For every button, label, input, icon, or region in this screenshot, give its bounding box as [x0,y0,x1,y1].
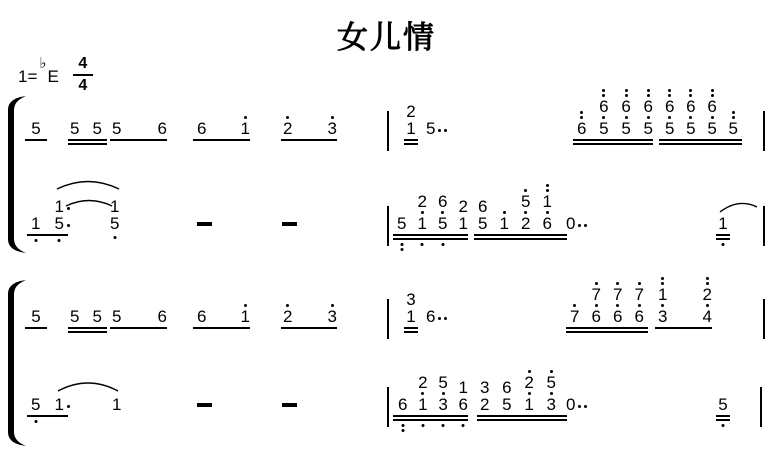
note-number: 1 [55,396,64,413]
beam-line [716,234,730,236]
dash-rest [197,222,212,226]
barline [387,206,389,246]
chord: 65 [707,88,716,137]
note-number: 1 [31,215,40,232]
note-group: 1 [112,396,121,413]
meter-numerator: 4 [78,56,87,72]
key-prefix: 1= [18,68,37,85]
note-number: 5 [110,215,119,232]
beam-line [716,419,730,421]
chord: 65 [644,88,653,137]
note-number: 5 [665,120,674,137]
note-number: 3 [328,308,337,325]
note: 5 [31,396,40,413]
chord: 65 [686,88,695,137]
note: 1 [500,210,509,232]
barline [763,111,765,151]
beam-line [68,331,107,333]
note-number: 1 [112,396,121,413]
below-octave-dots [462,424,465,427]
note: 6 [398,396,407,413]
note: 2 [283,115,292,137]
note: 6 [197,308,206,325]
note-group: 15 [110,198,119,232]
note-number: 6 [686,98,695,115]
below-octave-dots [113,236,116,239]
below-octave-dots [722,243,725,246]
octave-dots [689,89,692,97]
beam-line [193,139,250,141]
beam-line [573,143,653,145]
octave-dot [400,248,403,251]
note-number: 2 [418,374,427,391]
note-number: 6 [197,120,206,137]
note-number: 5 [644,120,653,137]
note: 6 [158,308,167,325]
note: 0 [566,396,575,413]
beam-line [404,327,418,329]
note-number: 2 [480,396,489,413]
note-number: 1 [418,396,427,413]
note-number: 6 [592,308,601,325]
octave-dots [647,89,650,97]
beam-line [281,139,337,141]
note-number: 3 [480,379,489,396]
octave-dot [625,89,628,92]
augmentation-dot [584,405,587,408]
octave-dot [113,236,116,239]
augmentation-dot [444,317,447,320]
augmentation-dot [67,207,70,210]
note: 5 [93,308,102,325]
note-number: 1 [406,120,415,137]
octave-dot [34,420,37,423]
note-group: 6565655 [659,88,742,137]
note-number: 2 [521,215,530,232]
note-group: 6656565 [573,88,653,137]
augmentation-dot [578,224,581,227]
octave-dot [462,424,465,427]
note-number: 6 [599,98,608,115]
tie-arc [66,201,112,207]
note-group: 21 [404,103,418,137]
beam-line [404,331,418,333]
note-number: 0 [566,396,575,413]
note-number: 6 [478,198,487,215]
note-number: 5 [112,308,121,325]
augmentation-dots [67,405,70,408]
beam-line [281,327,337,329]
note-group: 61 [193,115,250,137]
note-number: 6 [426,308,435,325]
below-octave-dots [441,243,444,246]
beam-line [474,238,567,240]
note-number: 6 [635,308,644,325]
below-octave-dots [58,239,61,242]
octave-dots [546,184,549,192]
note-group: 23 [281,303,337,325]
chord: 65 [478,198,487,232]
note-number: 6 [158,120,167,137]
below-octave-dots [34,420,37,423]
beam-line [393,234,468,236]
dash-rest [197,403,212,407]
fraction-line [73,74,93,76]
note: 6 [197,120,206,137]
augmentation-dots [578,224,587,227]
note-number: 5 [729,120,738,137]
tie-arc [58,383,118,391]
chord: 21 [459,198,468,232]
barline [763,206,765,246]
beam-line [27,415,68,417]
chord: 31 [406,291,415,325]
octave-dot [401,424,404,427]
note: 5 [93,120,102,137]
octave-dot [58,239,61,242]
beam-line [193,327,250,329]
augmentation-dots [438,129,447,132]
augmentation-dots [67,207,70,210]
note-number: 1 [241,308,250,325]
chord: 65 [621,88,630,137]
note: 6 [577,110,586,137]
barline [760,387,762,427]
note-number: 6 [543,215,552,232]
beam-line [477,415,567,417]
note: 5 [718,396,727,413]
note-group: 5216521 [393,193,468,232]
note-group: 1324 [655,276,712,325]
song-title: 女儿情 [0,12,773,57]
octave-dot [441,243,444,246]
note-number: 1 [500,215,509,232]
chord: 76 [613,281,622,325]
chord: 21 [418,193,427,232]
note-number: 5 [502,396,511,413]
below-octave-dots [421,243,424,246]
augmentation-dot [578,405,581,408]
note-number: 7 [613,286,622,303]
note-group: 5 [25,120,47,137]
chord: 53 [547,369,556,413]
octave-dot [421,424,424,427]
note: 5 [70,308,79,325]
octave-dot [602,89,605,92]
note-number: 5 [31,120,40,137]
note: 6 [426,308,435,325]
note: 5 [426,120,435,137]
chord: 76 [592,281,601,325]
chord: 15 [55,198,64,232]
note: 2 [283,303,292,325]
note-number: 1 [406,308,415,325]
note-group: 55 [68,120,107,137]
note: 6 [158,120,167,137]
note-number: 2 [459,198,468,215]
note-number: 5 [621,120,630,137]
note-number: 6 [197,308,206,325]
note: 5 [397,215,406,232]
note-group: 0 [566,215,575,232]
octave-dots [732,111,735,119]
note-number: 6 [665,98,674,115]
note-number: 5 [55,215,64,232]
note-number: 5 [478,215,487,232]
note-number: 4 [703,308,712,325]
dash-rest [282,222,297,226]
note-number: 1 [418,215,427,232]
note-number: 1 [543,193,552,210]
note-number: 6 [644,98,653,115]
note-number: 3 [658,308,667,325]
note-number: 6 [459,396,468,413]
note-group: 32652153 [477,369,567,413]
octave-dot [401,429,404,432]
note-number: 6 [502,379,511,396]
note-number: 5 [93,308,102,325]
chord: 13 [658,276,667,325]
note-number: 5 [70,308,79,325]
beam-line [659,143,742,145]
note: 5 [31,308,40,325]
key-tonic: E [47,68,58,85]
note-number: 2 [703,286,712,303]
note-number: 3 [406,291,415,308]
note-group: 1 [716,215,730,232]
octave-dots [625,89,628,97]
below-octave-dots [421,424,424,427]
note: 0 [566,215,575,232]
note-number: 5 [397,215,406,232]
below-octave-dots [722,424,725,427]
note-number: 3 [438,396,447,413]
note: 3 [328,115,337,137]
augmentation-dot [67,224,70,227]
note-number: 5 [31,308,40,325]
note-number: 6 [707,98,716,115]
note-number: 7 [570,308,579,325]
note-group: 6215316 [393,374,468,413]
beam-line [110,139,167,141]
beam-line [110,327,167,329]
note-number: 3 [328,120,337,137]
chord: 24 [703,276,712,325]
chord: 21 [406,103,415,137]
note-number: 2 [406,103,415,120]
note-group: 5 [25,308,47,325]
note: 1 [112,396,121,413]
beam-line [716,238,730,240]
octave-dot [580,111,583,114]
note-number: 1 [718,215,727,232]
note-number: 2 [283,120,292,137]
note-number: 2 [524,374,533,391]
augmentation-dot [67,405,70,408]
octave-dots [580,111,583,119]
octave-dot [668,89,671,92]
note-group: 6515216 [474,183,567,232]
note-group: 31 [404,291,418,325]
beam-line [474,234,567,236]
octave-dot [400,243,403,246]
note-number: 1 [459,215,468,232]
note-group: 115 [27,198,68,232]
note: 5 [112,308,121,325]
note-number: 6 [577,120,586,137]
flat-icon: ♭ [39,56,46,71]
barline [763,299,765,339]
chord: 16 [543,183,552,232]
augmentation-dots [67,224,70,227]
octave-dot [689,89,692,92]
note-group: 56 [110,120,167,137]
barline [387,299,389,339]
augmentation-dot [444,129,447,132]
dash-rest [282,403,297,407]
system-bracket [5,280,29,446]
note-number: 5 [426,120,435,137]
beam-line [393,419,468,421]
note-number: 5 [438,374,447,391]
octave-dot [706,277,709,280]
note: 5 [31,120,40,137]
beam-line [659,139,742,141]
note-group: 7767676 [566,281,648,325]
note: 5 [70,120,79,137]
beam-line [716,415,730,417]
note: 1 [718,215,727,232]
note-number: 1 [55,198,64,215]
note-number: 5 [31,396,40,413]
note-number: 2 [418,193,427,210]
beam-line [566,331,648,333]
below-octave-dots [34,239,37,242]
note-number: 5 [686,120,695,137]
note-number: 1 [110,198,119,215]
key-signature: 1= ♭ E 4 4 [18,58,93,94]
octave-dot [647,89,650,92]
beam-line [573,139,653,141]
beam-line [68,143,107,145]
note-group: 55 [68,308,107,325]
beam-line [566,327,648,329]
note: 1 [55,396,64,413]
barline [387,387,389,427]
augmentation-dots [438,317,447,320]
chord: 65 [665,88,674,137]
octave-dot [34,239,37,242]
note: 5 [729,110,738,137]
note-number: 5 [70,120,79,137]
augmentation-dot [438,317,441,320]
note-number: 5 [547,374,556,391]
chord: 16 [459,379,468,413]
note-number: 5 [599,120,608,137]
tie-arc [57,182,119,190]
note-number: 2 [283,308,292,325]
sheet-music-page: 女儿情 1= ♭ E 4 4 5555661232156656565656565… [0,0,773,453]
note-group: 5 [716,396,730,413]
note: 1 [241,115,250,137]
note: 3 [328,303,337,325]
note-number: 6 [438,193,447,210]
note-number: 3 [547,396,556,413]
beam-line [404,139,418,141]
beam-line [393,415,468,417]
note-number: 1 [459,379,468,396]
note-group: 5 [426,120,435,137]
beam-line [25,327,47,329]
octave-dots [706,277,709,285]
note-number: 1 [658,286,667,303]
beam-line [68,139,107,141]
note-group: 61 [193,303,250,325]
note-group: 51 [27,396,68,413]
octave-dots [661,277,664,285]
chord: 65 [599,88,608,137]
note: 7 [570,303,579,325]
chord: 53 [438,374,447,413]
note-number: 7 [592,286,601,303]
note-number: 5 [438,215,447,232]
meter-denominator: 4 [78,78,87,94]
beam-line [68,327,107,329]
note-number: 6 [613,308,622,325]
note: 1 [241,303,250,325]
chord: 76 [635,281,644,325]
octave-dot [711,89,714,92]
note-number: 6 [621,98,630,115]
note-number: 1 [524,396,533,413]
chord: 21 [418,374,427,413]
beam-line [25,139,47,141]
note-number: 5 [93,120,102,137]
note-number: 1 [241,120,250,137]
chord: 65 [502,379,511,413]
below-octave-dots [442,424,445,427]
tie-arc [720,203,757,212]
beam-line [404,143,418,145]
octave-dot [732,111,735,114]
note-number: 5 [718,396,727,413]
beam-line [655,327,712,329]
octave-dots [668,89,671,97]
note-number: 7 [635,286,644,303]
note-number: 5 [707,120,716,137]
note: 1 [31,215,40,232]
time-signature: 4 4 [73,56,93,94]
beam-line [27,234,68,236]
below-octave-dots [400,243,403,251]
beam-line [393,238,468,240]
octave-dot [546,184,549,187]
beam-line [477,419,567,421]
chord: 15 [110,198,119,232]
augmentation-dot [438,129,441,132]
chord: 65 [438,193,447,232]
note-group: 6 [426,308,435,325]
note-group: 0 [566,396,575,413]
note-number: 6 [398,396,407,413]
chord: 52 [521,188,530,232]
below-octave-dots [401,424,404,432]
note-group: 23 [281,115,337,137]
note-number: 5 [521,193,530,210]
note: 5 [112,120,121,137]
note-group: 56 [110,308,167,325]
octave-dot [421,243,424,246]
